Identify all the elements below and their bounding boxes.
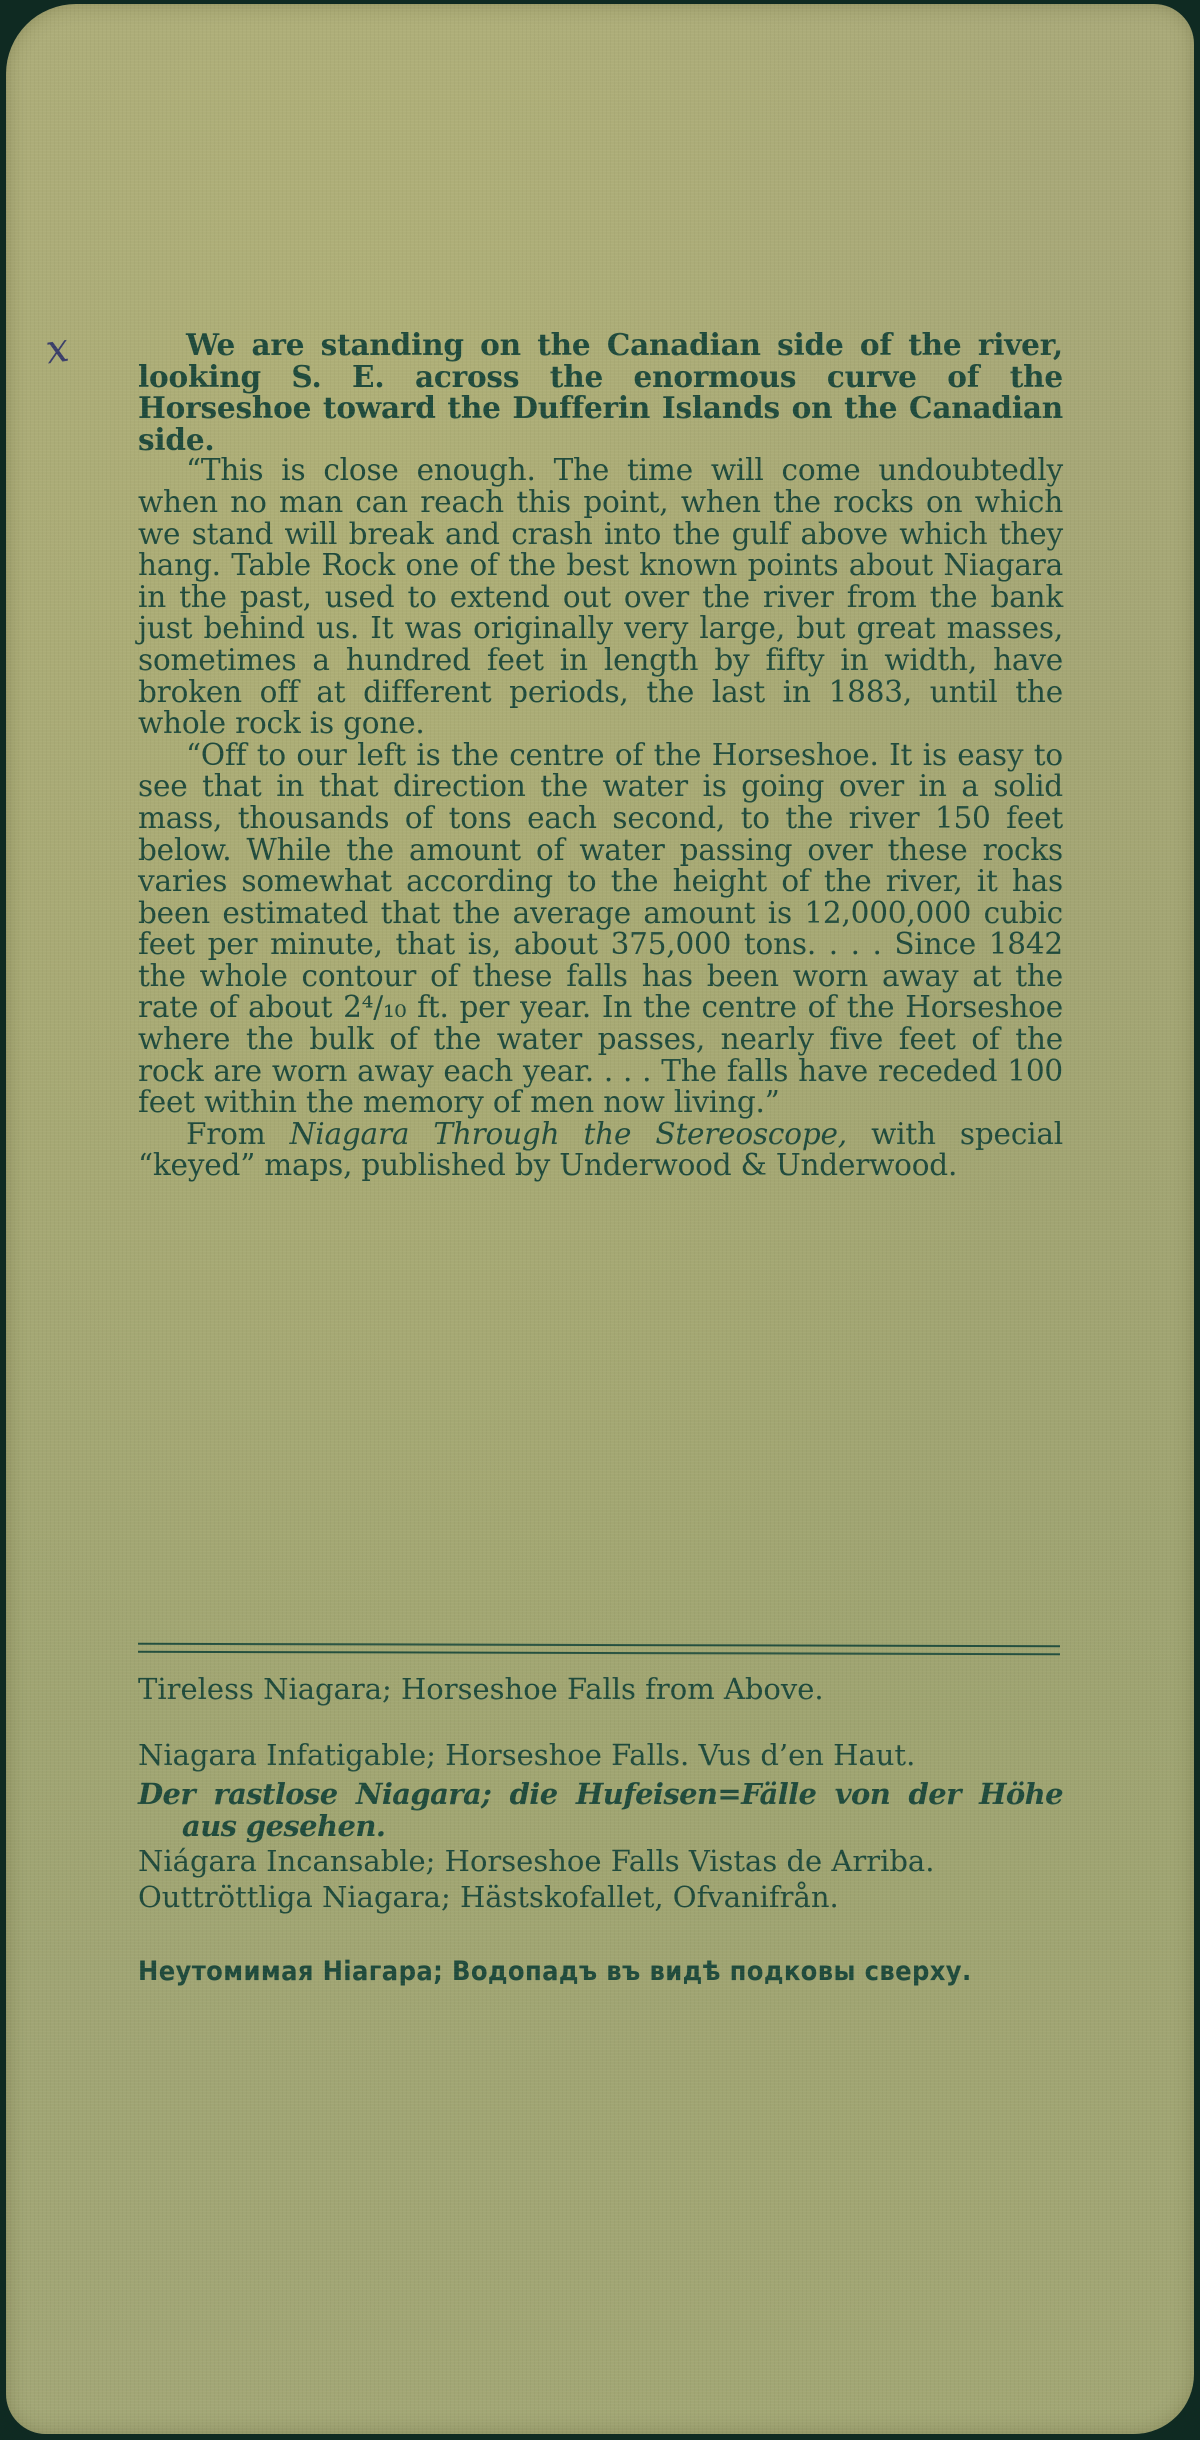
- title-spanish: Niágara Incansable; Horseshoe Falls Vist…: [138, 1846, 1063, 1878]
- title-french: Niagara Infatigable; Horseshoe Falls. Vu…: [138, 1740, 1063, 1772]
- description-text-block: We are standing on the Canadian side of …: [138, 329, 1063, 1182]
- title-german: Der rastlose Niagara; die Hufeisen=Fälle…: [138, 1779, 1063, 1842]
- quote-paragraph-2: “Off to our left is the centre of the Ho…: [138, 740, 1063, 1119]
- source-book-title: Niagara Through the Stereoscope,: [290, 1117, 847, 1151]
- title-russian: Неутомимая Ніагара; Водопадъ въ видѣ под…: [138, 1956, 1096, 1988]
- title-english: Tireless Niagara; Horseshoe Falls from A…: [138, 1674, 1063, 1706]
- quote-paragraph-1: “This is close enough. The time will com…: [138, 455, 1063, 739]
- source-citation: From Niagara Through the Stereoscope, wi…: [138, 1119, 1063, 1182]
- lead-paragraph: We are standing on the Canadian side of …: [138, 329, 1063, 455]
- multilingual-titles: Tireless Niagara; Horseshoe Falls from A…: [138, 1674, 1063, 1987]
- source-prefix: From: [186, 1117, 290, 1151]
- stereoview-card-back: x We are standing on the Canadian side o…: [6, 4, 1194, 2434]
- double-rule-divider: [138, 1643, 1060, 1655]
- title-swedish: Outtröttliga Niagara; Hästskofallet, Ofv…: [138, 1882, 1063, 1914]
- handwritten-x-mark: x: [43, 325, 72, 374]
